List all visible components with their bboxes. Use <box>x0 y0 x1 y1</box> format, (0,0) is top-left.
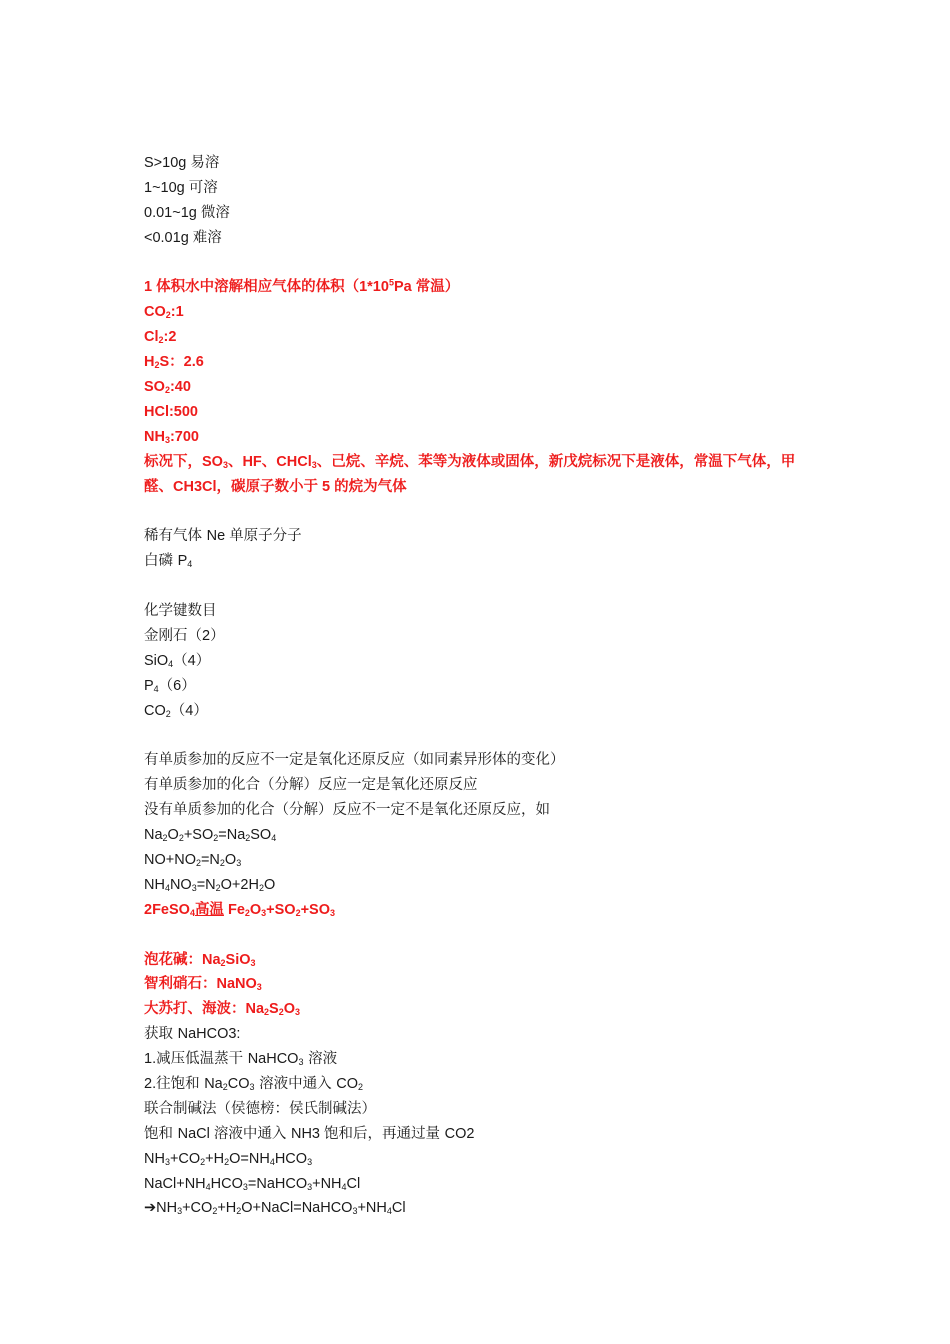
text-run: HCO <box>211 1176 243 1192</box>
text-run: NH <box>144 429 165 445</box>
text-run: O <box>284 1001 295 1017</box>
text-line: 1.减压低温蒸干 NaHCO3 溶液 <box>144 1047 824 1072</box>
text-run: HCl:500 <box>144 404 198 420</box>
text-run: NaHCO3: <box>178 1026 241 1042</box>
text-run: 减压低温蒸干 <box>156 1051 248 1067</box>
text-run: 没有单质参加的化合（分解）反应不一定不是氧化还原反应，如 <box>144 802 550 818</box>
blank-line <box>144 251 824 276</box>
text-line: 稀有气体 Ne 单原子分子 <box>144 524 824 549</box>
blank-line <box>144 500 824 525</box>
text-run: 大苏打、海波：Na <box>144 1001 264 1017</box>
text-line: 0.01~1g 微溶 <box>144 201 824 226</box>
text-run: NaCl+NH <box>144 1176 206 1192</box>
text-run: NaCl <box>178 1126 214 1142</box>
text-run: :1 <box>171 304 184 320</box>
text-line: 有单质参加的化合（分解）反应一定是氧化还原反应 <box>144 773 824 798</box>
text-run: P <box>178 553 188 569</box>
text-run: 易溶 <box>190 155 219 171</box>
text-run: 饱和 <box>144 1126 178 1142</box>
text-run: CO <box>228 1076 250 1092</box>
text-line: 1 体积水中溶解相应气体的体积（1*105Pa 常温） <box>144 275 824 300</box>
text-run: P <box>144 678 154 694</box>
text-run: +NH <box>357 1200 386 1216</box>
text-run: 难溶 <box>193 230 222 246</box>
text-line: 白磷 P4 <box>144 549 824 574</box>
text-line: 大苏打、海波：Na2S2O3 <box>144 997 824 1022</box>
text-run: ➔NH <box>144 1200 177 1216</box>
text-run: 标况下，SO <box>144 454 223 470</box>
text-run: <0.01g <box>144 230 193 246</box>
text-run: +SO <box>301 902 330 918</box>
text-run: O <box>168 827 179 843</box>
text-run: H <box>144 354 154 370</box>
text-line: H2S：2.6 <box>144 350 824 375</box>
text-run: 有单质参加的反应不一定是氧化还原反应（如同素异形体的变化） <box>144 752 565 768</box>
text-run: 4 <box>188 653 196 669</box>
text-run: =Na <box>218 827 245 843</box>
text-run: +CO <box>170 1151 200 1167</box>
text-run: +SO <box>184 827 213 843</box>
text-run: :700 <box>170 429 199 445</box>
subscript: 3 <box>257 983 262 993</box>
text-run: CO2 <box>445 1126 475 1142</box>
text-run: :2 <box>164 329 177 345</box>
text-run: S <box>269 1001 279 1017</box>
text-run: （ <box>159 678 174 694</box>
text-run: 溶液中通入 <box>255 1076 337 1092</box>
text-line: 获取 NaHCO3: <box>144 1022 824 1047</box>
text-run: ） <box>210 628 225 644</box>
text-run: +H <box>205 1151 224 1167</box>
text-run: Na <box>204 1076 223 1092</box>
text-run: 单原子分子 <box>229 528 302 544</box>
text-run: =N <box>197 877 216 893</box>
text-run: 溶液 <box>303 1051 337 1067</box>
text-line: SO2:40 <box>144 375 824 400</box>
text-line: CO2（4） <box>144 699 824 724</box>
text-run: =NaHCO <box>248 1176 307 1192</box>
text-run: Cl <box>392 1200 406 1216</box>
text-run: 溶液中通入 <box>214 1126 291 1142</box>
subscript: 2 <box>358 1082 363 1092</box>
text-run: 化学键数目 <box>144 603 217 619</box>
text-run: Ne <box>207 528 230 544</box>
text-run: O <box>225 852 236 868</box>
text-run: O=NH <box>229 1151 270 1167</box>
text-line: 2FeSO4高温 Fe2O3+SO2+SO3 <box>144 898 824 923</box>
text-run: 获取 <box>144 1026 178 1042</box>
subscript: 3 <box>251 958 256 968</box>
text-run: NH <box>144 1151 165 1167</box>
text-run: SO <box>250 827 271 843</box>
text-run: +SO <box>266 902 295 918</box>
text-run: +CO <box>182 1200 212 1216</box>
text-line: P4（6） <box>144 674 824 699</box>
text-line: 泡花碱：Na2SiO3 <box>144 948 824 973</box>
text-line: 2.往饱和 Na2CO3 溶液中通入 CO2 <box>144 1072 824 1097</box>
text-run: CO <box>336 1076 358 1092</box>
text-run: =N <box>201 852 220 868</box>
text-run: 1~10g <box>144 180 189 196</box>
text-run: Fe <box>224 902 245 918</box>
text-run: O <box>264 877 275 893</box>
text-run: 联合制碱法（侯德榜：侯氏制碱法） <box>144 1101 376 1117</box>
text-line: 饱和 NaCl 溶液中通入 NH3 饱和后，再通过量 CO2 <box>144 1122 824 1147</box>
text-run: （ <box>171 703 186 719</box>
text-line: 智利硝石：NaNO3 <box>144 972 824 997</box>
text-run: CO <box>144 304 166 320</box>
text-run: 2FeSO <box>144 902 190 918</box>
text-run: O+2H <box>221 877 259 893</box>
text-run: SiO <box>226 952 251 968</box>
text-run: Cl <box>144 329 159 345</box>
text-line: NO+NO2=N2O3 <box>144 848 824 873</box>
text-run: SiO <box>144 653 168 669</box>
text-run: 高温 <box>195 902 224 918</box>
blank-line <box>144 574 824 599</box>
text-line: HCl:500 <box>144 400 824 425</box>
text-run: O+NaCl=NaHCO <box>241 1200 352 1216</box>
subscript: 3 <box>330 908 335 918</box>
text-run: 、HF、CHCl <box>228 454 312 470</box>
text-run: ） <box>196 653 211 669</box>
text-run: 1 体积水中溶解相应气体的体积（1*10 <box>144 279 389 295</box>
text-run: 饱和后，再通过量 <box>324 1126 445 1142</box>
text-line: SiO4（4） <box>144 649 824 674</box>
text-line: ➔NH3+CO2+H2O+NaCl=NaHCO3+NH4Cl <box>144 1196 824 1221</box>
text-run: NO <box>170 877 192 893</box>
text-line: Cl2:2 <box>144 325 824 350</box>
text-run: 智利硝石：NaNO <box>144 976 257 992</box>
text-run: 0.01~1g <box>144 205 201 221</box>
text-run: 可溶 <box>189 180 218 196</box>
text-run: 金刚石（ <box>144 628 202 644</box>
text-line: 化学键数目 <box>144 599 824 624</box>
text-line: NaCl+NH4HCO3=NaHCO3+NH4Cl <box>144 1172 824 1197</box>
text-run: +H <box>217 1200 236 1216</box>
text-line: 联合制碱法（侯德榜：侯氏制碱法） <box>144 1097 824 1122</box>
subscript: 3 <box>295 1008 300 1018</box>
text-run: 2 <box>202 628 210 644</box>
text-run: S：2.6 <box>159 354 203 370</box>
text-run: 白磷 <box>144 553 178 569</box>
subscript: 3 <box>236 858 241 868</box>
text-run: 有单质参加的化合（分解）反应一定是氧化还原反应 <box>144 777 478 793</box>
text-run: CO <box>144 703 166 719</box>
text-run: 稀有气体 <box>144 528 207 544</box>
text-line: Na2O2+SO2=Na2SO4 <box>144 823 824 848</box>
blank-line <box>144 724 824 749</box>
text-run: Na <box>144 827 163 843</box>
text-line: S>10g 易溶 <box>144 151 824 176</box>
text-line: NH4NO3=N2O+2H2O <box>144 873 824 898</box>
text-run: 微溶 <box>201 205 230 221</box>
text-run: S>10g <box>144 155 190 171</box>
subscript: 4 <box>187 560 192 570</box>
text-run: NH3 <box>291 1126 324 1142</box>
text-line: 标况下，SO3、HF、CHCl3、己烷、辛烷、苯等为液体或固体，新戊烷标况下是液… <box>144 450 824 500</box>
text-run: ） <box>181 678 196 694</box>
text-run: NO+NO <box>144 852 196 868</box>
subscript: 4 <box>271 833 276 843</box>
text-run: SO <box>144 379 165 395</box>
text-line: NH3:700 <box>144 425 824 450</box>
text-run: Pa 常温） <box>394 279 459 295</box>
text-line: 有单质参加的反应不一定是氧化还原反应（如同素异形体的变化） <box>144 748 824 773</box>
text-run: :40 <box>170 379 191 395</box>
text-run: 往饱和 <box>156 1076 204 1092</box>
text-line: CO2:1 <box>144 300 824 325</box>
text-line: 1~10g 可溶 <box>144 176 824 201</box>
text-run: Cl <box>347 1176 361 1192</box>
text-run: NH <box>144 877 165 893</box>
document-page: S>10g 易溶1~10g 可溶0.01~1g 微溶<0.01g 难溶1 体积水… <box>144 151 824 1221</box>
text-run: （ <box>173 653 188 669</box>
text-line: 金刚石（2） <box>144 624 824 649</box>
blank-line <box>144 923 824 948</box>
text-line: <0.01g 难溶 <box>144 226 824 251</box>
subscript: 3 <box>307 1157 312 1167</box>
text-run: HCO <box>275 1151 307 1167</box>
text-run: ） <box>193 703 208 719</box>
text-run: 2. <box>144 1076 156 1092</box>
text-line: 没有单质参加的化合（分解）反应不一定不是氧化还原反应，如 <box>144 798 824 823</box>
text-run: NaHCO <box>248 1051 299 1067</box>
text-run: 1. <box>144 1051 156 1067</box>
text-run: +NH <box>312 1176 341 1192</box>
text-run: O <box>250 902 261 918</box>
text-line: NH3+CO2+H2O=NH4HCO3 <box>144 1147 824 1172</box>
text-run: 泡花碱：Na <box>144 952 221 968</box>
